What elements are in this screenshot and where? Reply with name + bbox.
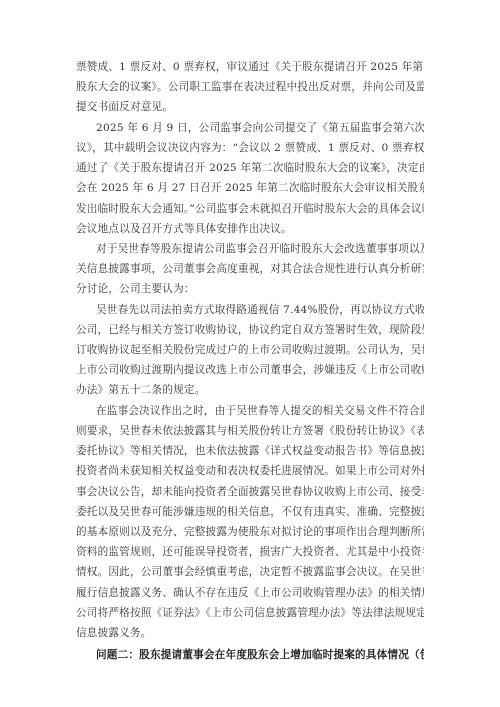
- paragraph-line: 股东大会的议案》。公司职工监事在表决过程中投出反对票，并向公司及监事会: [76, 80, 424, 94]
- paragraph-line: 2025 年 6 月 9 日，公司监事会向公司提交了《第五届监事会第六次会议决: [96, 121, 424, 135]
- paragraph-line: 关信息披露事项，公司董事会高度重视，对其合法合规性进行认真分析研判和充: [76, 262, 424, 276]
- paragraph-line: 上市公司收购过渡期内提议改选上市公司董事会，涉嫌违反《上市公司收购管理: [76, 363, 424, 377]
- paragraph-line: 订收购协议起至相关股份完成过户的上市公司收购过渡期。公司认为，吴世春在: [76, 343, 424, 357]
- section-heading: 问题二：股东提请董事会在年度股东会上增加临时提案的具体情况（包括但: [96, 648, 424, 662]
- paragraph-line: 情权。因此，公司董事会经慎重考虑，决定暂不披露监事会决议。在吴世春依法: [76, 565, 424, 579]
- paragraph-line: 吴世春先以司法拍卖方式取得路通视信 7.44%股份，再以协议方式收购上市: [96, 303, 424, 317]
- document-page: 票赞成、1 票反对、0 票弃权，审议通过《关于股东提请召开 2025 年第二次临…: [0, 0, 500, 707]
- paragraph-line: 资料的监管规则，还可能误导投资者，损害广大投资者、尤其是中小投资者的知: [76, 545, 424, 559]
- paragraph-line: 会议地点以及召开方式等具体安排作出决议。: [76, 222, 424, 236]
- paragraph-line: 通过了《关于股东提请召开 2025 年第二次临时股东大会的议案》，决定由监事: [76, 161, 424, 175]
- paragraph-line: 委托以及吴世春可能涉嫌违规的相关信息，不仅有违真实、准确、完整披露信息: [76, 505, 424, 519]
- paragraph-line: 事会决议公告，却未能向投资者全面披露吴世春协议收购上市公司、接受表决权: [76, 485, 424, 499]
- paragraph-line: 的基本原则以及充分、完整披露为使股东对拟讨论的事项作出合理判断所需全部: [76, 525, 424, 539]
- paragraph-line: 公司，已经与相关方签订收购协议，协议约定自双方签署时生效，现阶段处于签: [76, 323, 424, 337]
- paragraph-line: 则要求，吴世春未依法披露其与相关股份转让方签署《股份转让协议》《表决权: [76, 424, 424, 438]
- paragraph-line: 委托协议》等相关情况，也未依法披露《详式权益变动报告书》等信息披露文件，: [76, 444, 424, 458]
- paragraph-line: 投资者尚未获知相关权益变动和表决权委托进展情况。如果上市公司对外披露监: [76, 464, 424, 478]
- paragraph-line: 会在 2025 年 6 月 27 日召开 2025 年第二次临时股东大会审议相关…: [76, 181, 424, 195]
- paragraph-line: 票赞成、1 票反对、0 票弃权，审议通过《关于股东提请召开 2025 年第二次临…: [76, 60, 424, 74]
- paragraph-line: 对于吴世春等股东提请公司监事会召开临时股东大会改选董事事项以及相: [96, 242, 424, 256]
- paragraph-line: 分讨论，公司主要认为：: [76, 282, 424, 296]
- paragraph-line: 履行信息披露义务、确认不存在违反《上市公司收购管理办法》的相关情形后，: [76, 586, 424, 600]
- paragraph-line: 办法》第五十二条的规定。: [76, 383, 424, 397]
- paragraph-line: 公司将严格按照《证券法》《上市公司信息披露管理办法》等法律法规规定履行: [76, 606, 424, 620]
- paragraph-line: 提交书面反对意见。: [76, 100, 424, 114]
- paragraph-line: 发出临时股东大会通知。”公司监事会未就拟召开临时股东大会的具体会议时间、: [76, 202, 424, 216]
- paragraph-line: 在监事会决议作出之时，由于吴世春等人提交的相关交易文件不符合监管规: [96, 404, 424, 418]
- paragraph-line: 议》，其中载明会议决议内容为：“会议以 2 票赞成、1 票反对、0 票弃权，审议: [76, 141, 424, 155]
- paragraph-line: 信息披露义务。: [76, 626, 424, 640]
